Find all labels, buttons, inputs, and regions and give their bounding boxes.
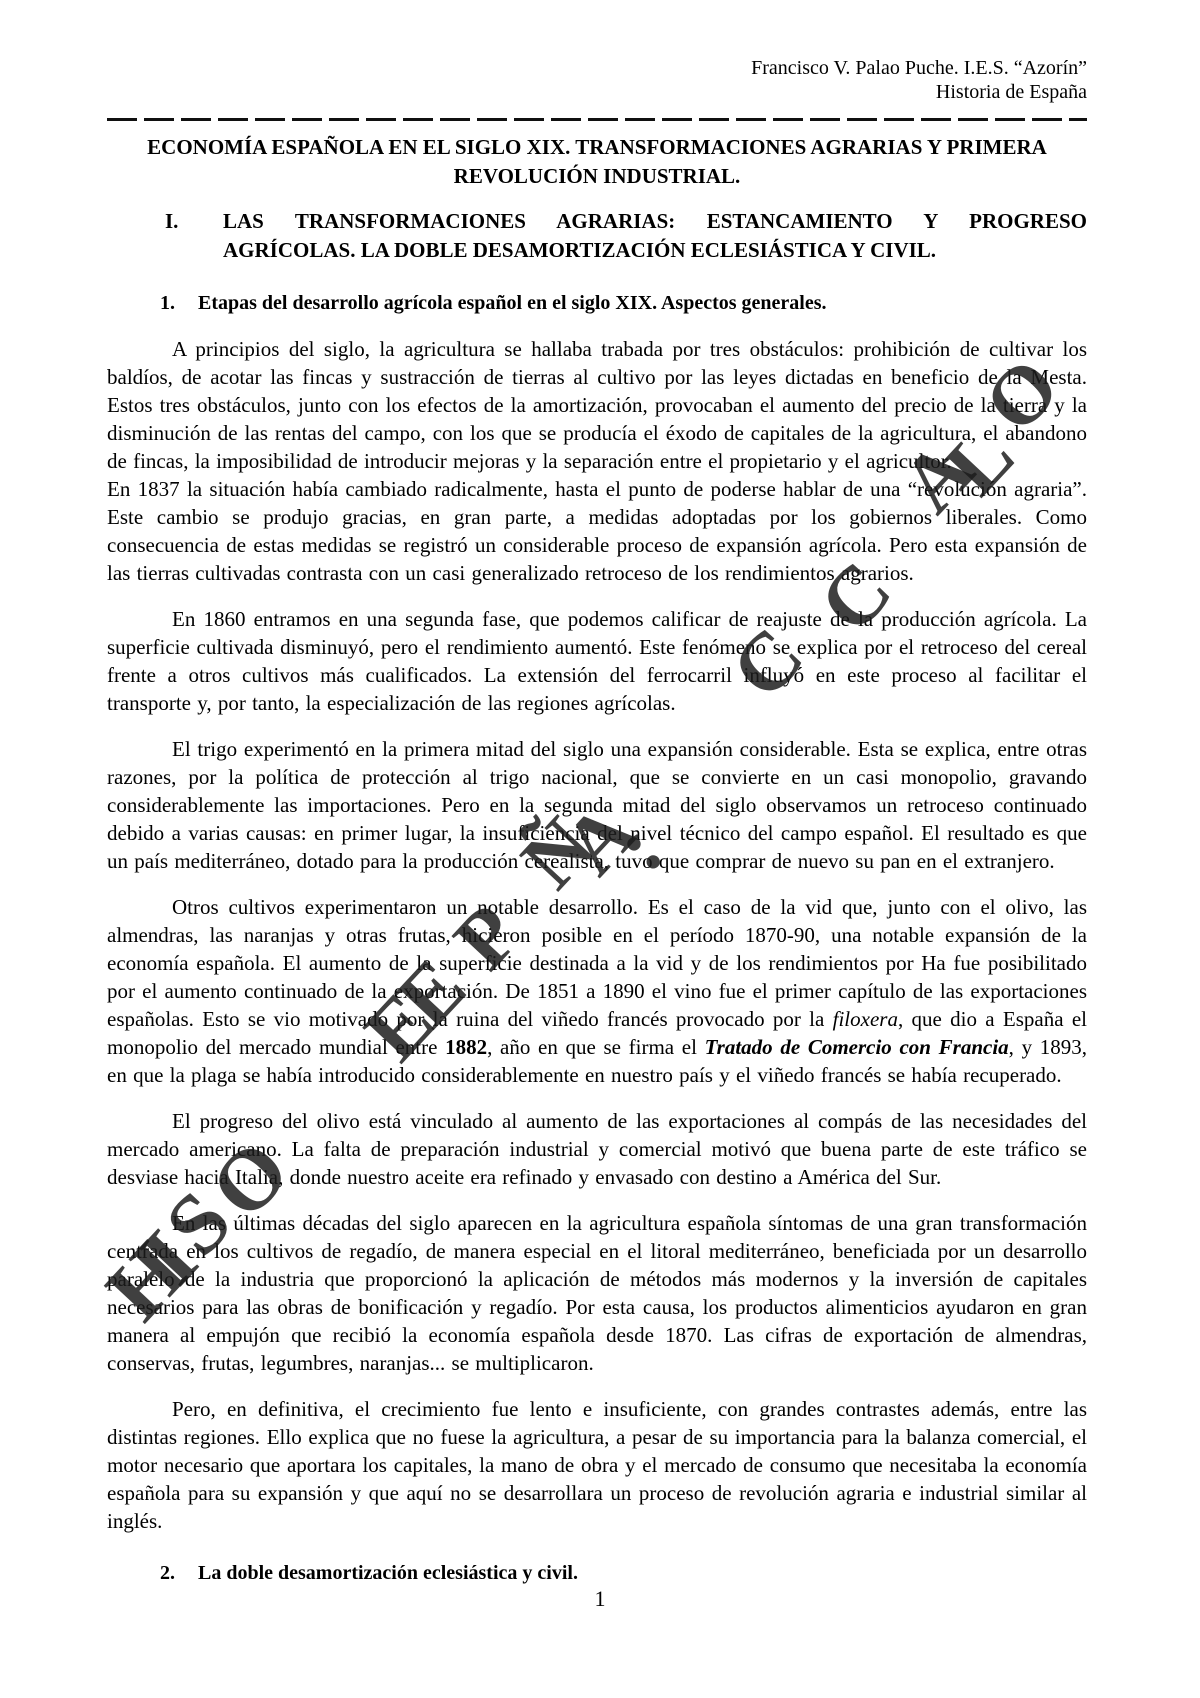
text-run: El trigo experimentó en la primera mitad… [107,737,1087,873]
text-run: En 1860 entramos en una segunda fase, qu… [107,607,1087,715]
text-run: El progreso del olivo está vinculado al … [107,1109,1087,1189]
paragraph: El progreso del olivo está vinculado al … [107,1107,1087,1191]
document-page: Francisco V. Palao Puche. I.E.S. “Azorín… [0,0,1200,1698]
subsection-number: 1. [160,289,198,317]
text-run: A principios del siglo, la agricultura s… [107,337,1087,473]
section-heading-roman-1: I. LAS TRANSFORMACIONES AGRARIAS: ESTANC… [107,207,1087,265]
page-header: Francisco V. Palao Puche. I.E.S. “Azorín… [107,56,1087,104]
subsection-heading-1: 1. Etapas del desarrollo agrícola españo… [107,289,1087,317]
text-run: En las últimas décadas del siglo aparece… [107,1211,1087,1375]
text-run: 1882 [445,1035,487,1059]
page-number: 1 [0,1586,1200,1612]
header-divider-rule [107,118,1087,121]
subsection-heading-2: 2. La doble desamortización eclesiástica… [107,1559,1087,1587]
section-number: I. [165,207,223,265]
paragraph: Otros cultivos experimentaron un notable… [107,893,1087,1089]
text-run: Tratado de Comercio con Francia [705,1035,1009,1059]
paragraph: En 1860 entramos en una segunda fase, qu… [107,605,1087,717]
paragraph: A principios del siglo, la agricultura s… [107,335,1087,475]
header-subject-line: Historia de España [107,80,1087,104]
text-run: filoxera [833,1007,898,1031]
paragraph: El trigo experimentó en la primera mitad… [107,735,1087,875]
subsection-heading-text: Etapas del desarrollo agrícola español e… [198,289,1087,317]
subsection-heading-text: La doble desamortización eclesiástica y … [198,1559,1087,1587]
paragraph: Pero, en definitiva, el crecimiento fue … [107,1395,1087,1535]
text-run: En 1837 la situación había cambiado radi… [107,477,1087,585]
text-run: , año en que se firma el [487,1035,705,1059]
body-paragraphs: A principios del siglo, la agricultura s… [107,335,1087,1535]
text-run: Pero, en definitiva, el crecimiento fue … [107,1397,1087,1533]
paragraph: En 1837 la situación había cambiado radi… [107,475,1087,587]
document-title: ECONOMÍA ESPAÑOLA EN EL SIGLO XIX. TRANS… [107,133,1087,191]
paragraph: En las últimas décadas del siglo aparece… [107,1209,1087,1377]
section-heading-text: LAS TRANSFORMACIONES AGRARIAS: ESTANCAMI… [223,207,1087,265]
header-author-line: Francisco V. Palao Puche. I.E.S. “Azorín… [107,56,1087,80]
subsection-number: 2. [160,1559,198,1587]
